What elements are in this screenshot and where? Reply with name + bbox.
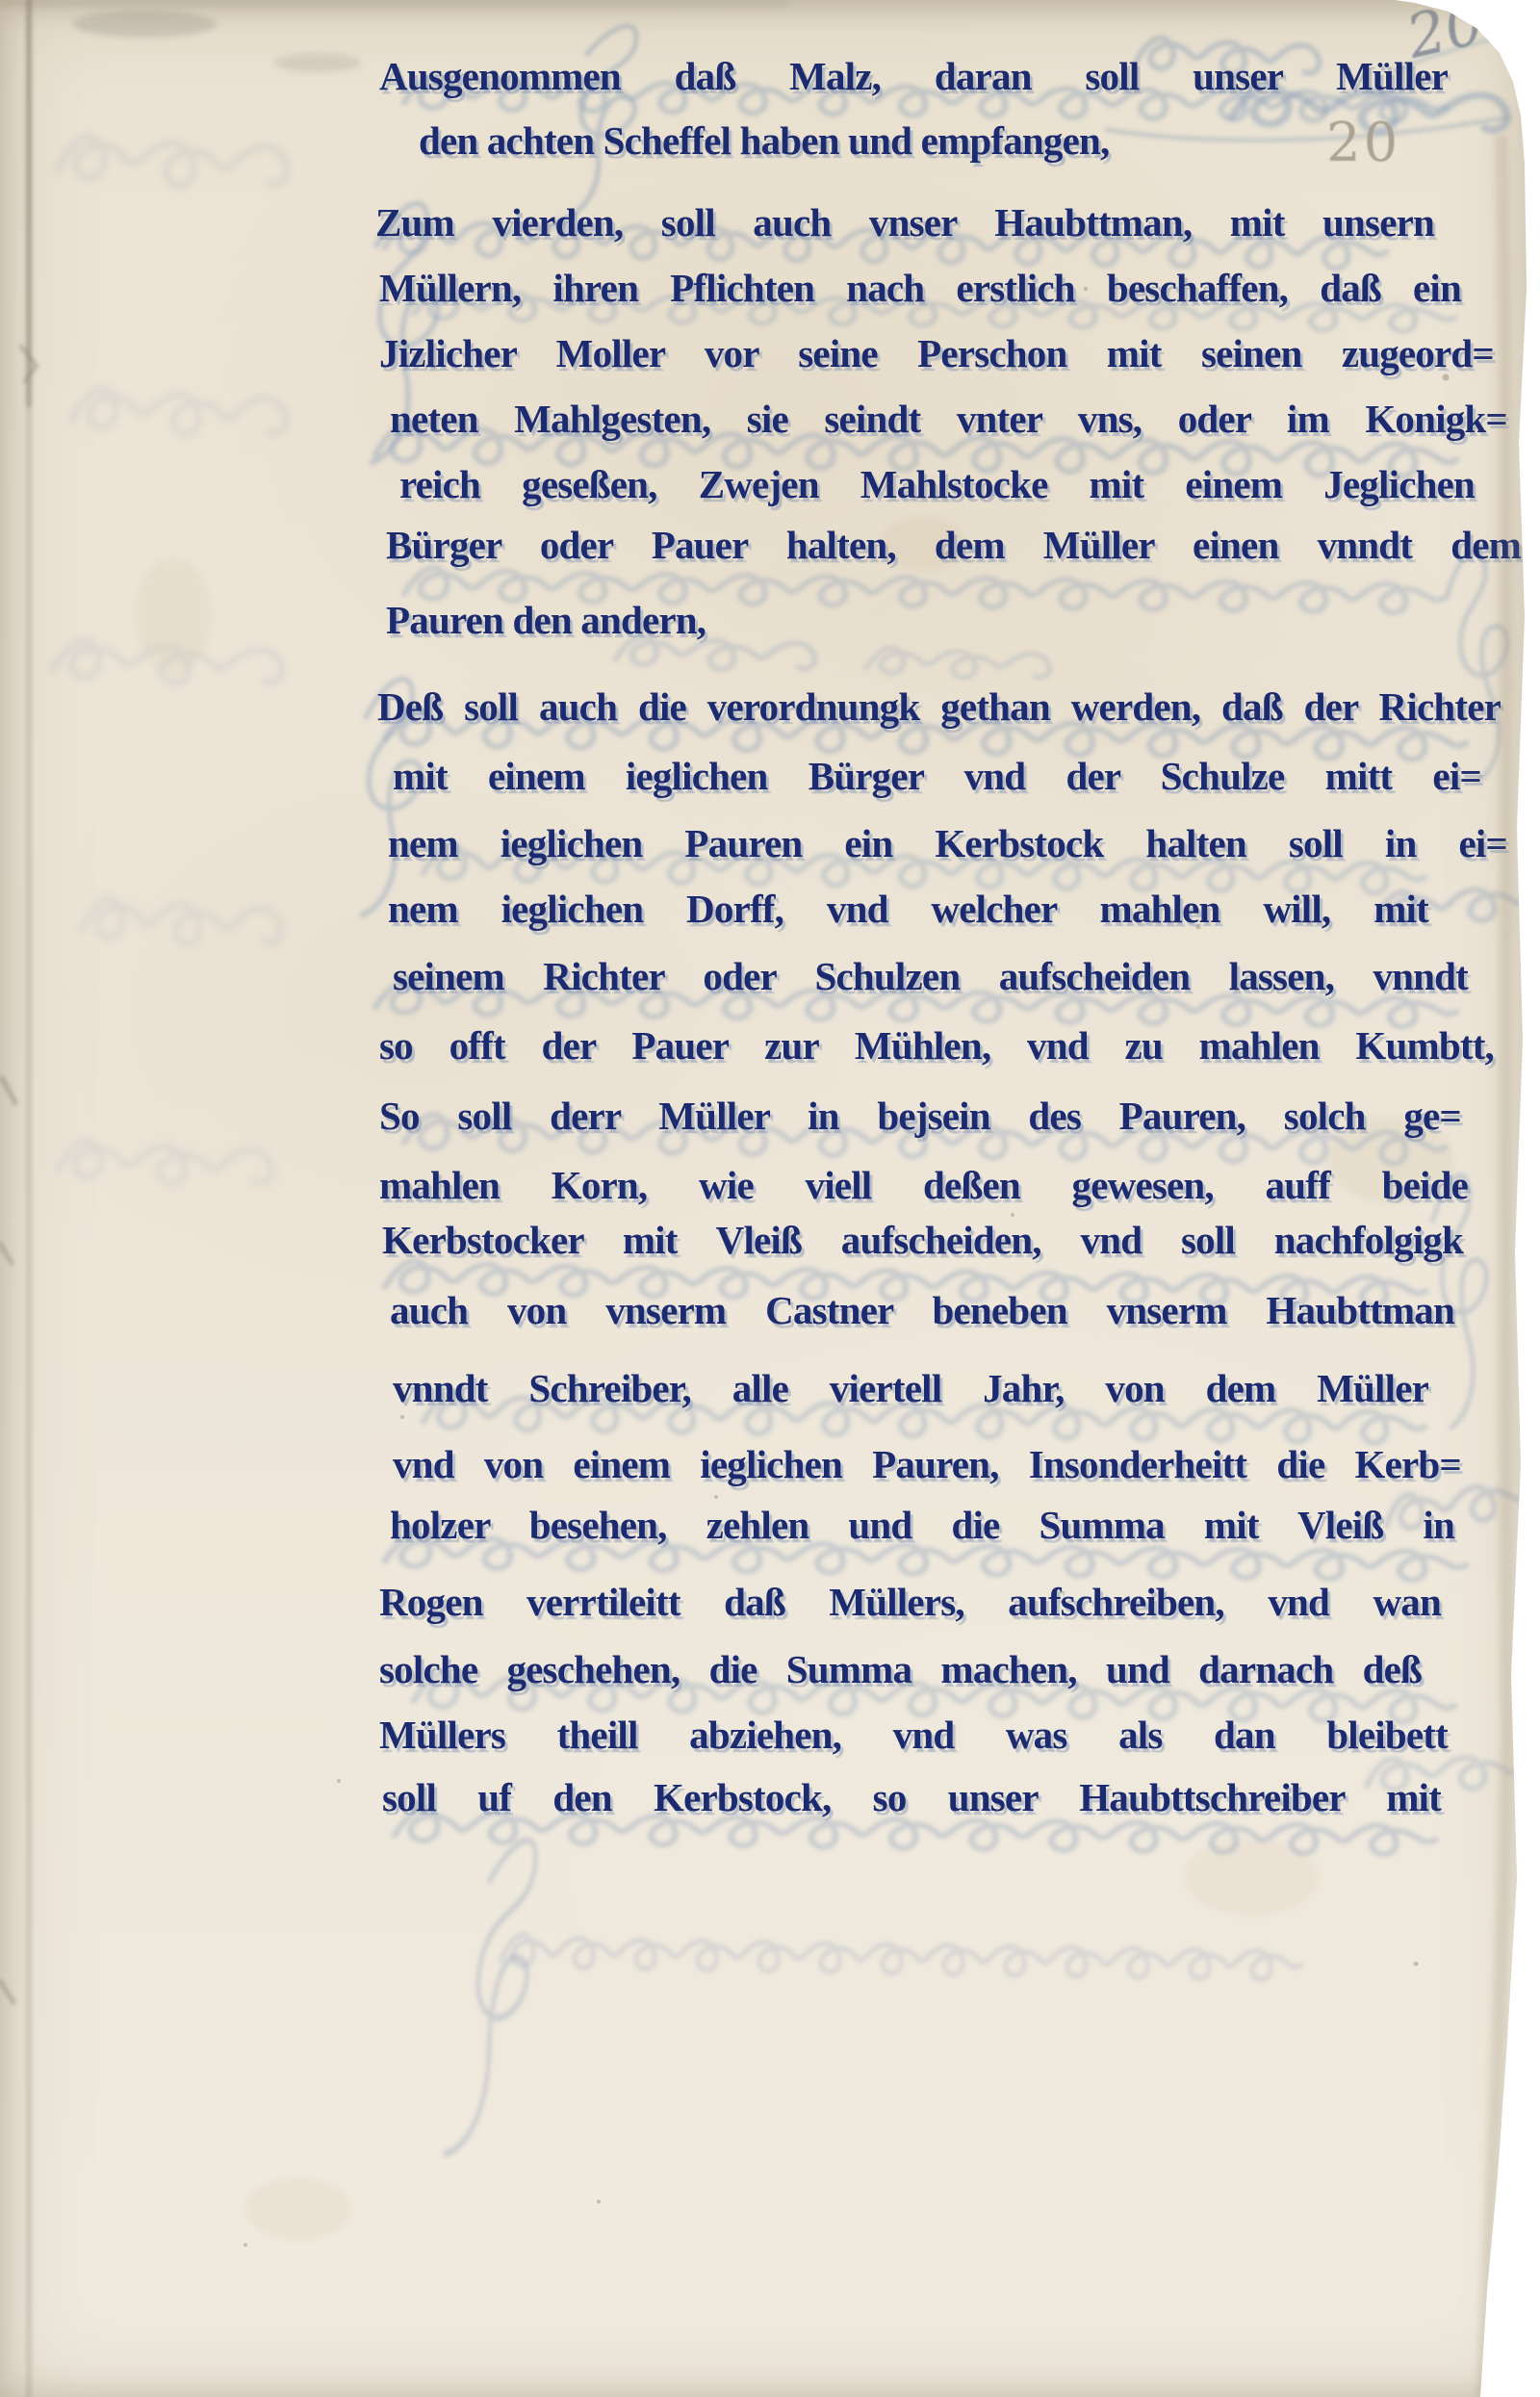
text-line: auch von vnserm Castner beneben vnserm H… bbox=[390, 1289, 1454, 1337]
text-line: nem ieglichen Dorff, vnd welcher mahlen … bbox=[388, 888, 1428, 936]
verso-bleed-script bbox=[53, 138, 287, 1184]
text-line: Rogen verrtileitt daß Müllers, aufschrei… bbox=[379, 1581, 1441, 1629]
text-line: Jizlicher Moller vor seine Perschon mit … bbox=[379, 332, 1494, 380]
text-line: holzer besehen, zehlen und die Summa mit… bbox=[390, 1504, 1454, 1552]
text-line: seinem Richter oder Schulzen aufscheiden… bbox=[393, 955, 1468, 1003]
text-line: vnndt Schreiber, alle viertell Jahr, von… bbox=[393, 1367, 1428, 1415]
text-line: reich geseßen, Zwejen Mahlstocke mit ein… bbox=[399, 463, 1475, 511]
text-line: den achten Scheffel haben und empfangen, bbox=[419, 119, 1109, 168]
manuscript-page: 20 20 Ausgenommen daß Malz, daran soll u… bbox=[0, 0, 1540, 2397]
text-line: Müllers theill abziehen, vnd was als dan… bbox=[379, 1714, 1448, 1762]
text-line: Ausgenommen daß Malz, daran soll unser M… bbox=[379, 55, 1448, 103]
text-line: Müllern, ihren Pflichten nach erstlich b… bbox=[379, 267, 1461, 315]
text-line: soll uf den Kerbstock, so unser Haubttsc… bbox=[382, 1776, 1441, 1824]
text-line: Kerbstocker mit Vleiß aufscheiden, vnd s… bbox=[382, 1219, 1463, 1267]
text-line: neten Mahlgesten, sie seindt vnter vns, … bbox=[390, 398, 1507, 446]
text-line: mit einem ieglichen Bürger vnd der Schul… bbox=[393, 755, 1481, 803]
text-line: so offt der Pauer zur Mühlen, vnd zu mah… bbox=[379, 1024, 1494, 1072]
text-line: mahlen Korn, wie viell deßen gewesen, au… bbox=[379, 1164, 1468, 1212]
text-line: Bürger oder Pauer halten, dem Müller ein… bbox=[386, 524, 1521, 572]
text-line: Deß soll auch die verordnungk gethan wer… bbox=[377, 685, 1501, 734]
text-line: Zum vierden, soll auch vnser Haubttman, … bbox=[375, 201, 1434, 249]
text-line: So soll derr Müller in bejsein des Paure… bbox=[379, 1095, 1461, 1143]
transcription-text: Ausgenommen daß Malz, daran soll unser M… bbox=[375, 0, 1527, 2397]
text-line: nem ieglichen Pauren ein Kerbstock halte… bbox=[388, 822, 1507, 870]
text-line: vnd von einem ieglichen Pauren, Insonder… bbox=[393, 1443, 1461, 1491]
text-line: solche geschehen, die Summa machen, und … bbox=[379, 1648, 1422, 1696]
text-line: Pauren den andern, bbox=[386, 599, 706, 647]
